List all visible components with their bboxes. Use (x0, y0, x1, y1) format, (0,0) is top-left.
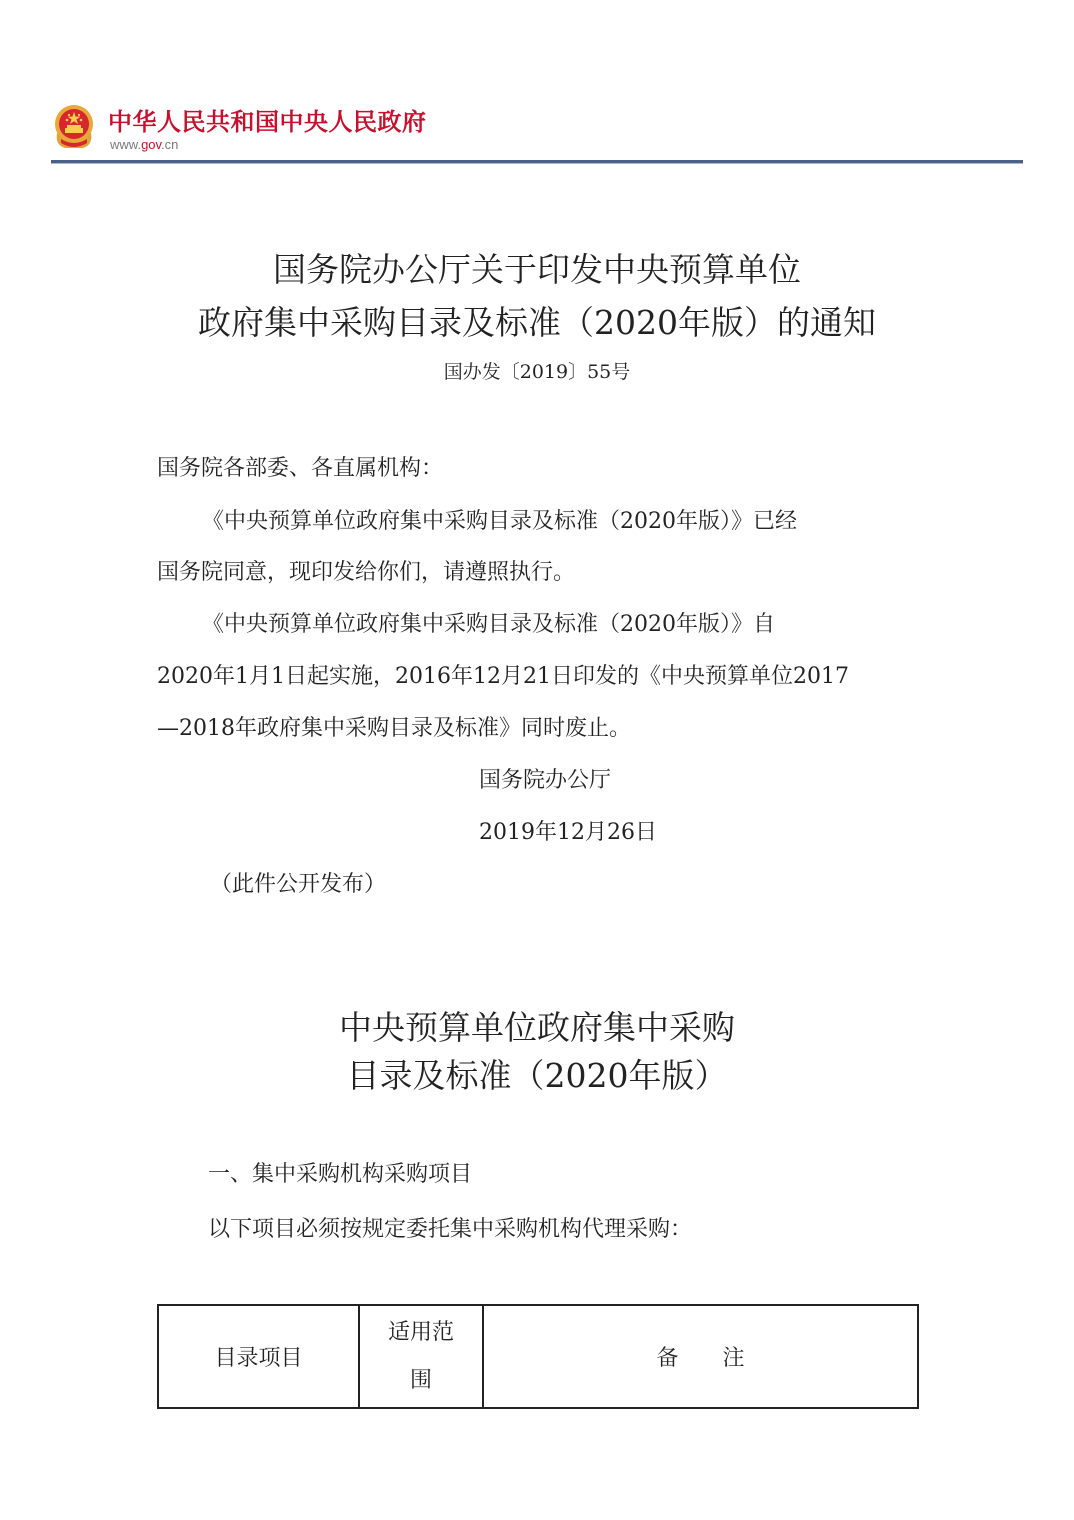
catalog-title-line2: 目录及标准（2020年版） (0, 1052, 1074, 1099)
site-url[interactable]: www.gov.cn (110, 137, 178, 152)
paragraph2-line1: 《中央预算单位政府集中采购目录及标准（2020年版）》自 (202, 610, 775, 640)
notice-title-line1: 国务院办公厅关于印发中央预算单位 (0, 240, 1074, 300)
document-number: 国办发〔2019〕55号 (0, 357, 1074, 384)
header-divider (51, 160, 1023, 164)
salutation: 国务院各部委、各直属机构： (157, 454, 443, 484)
header-scope: 适用范围 (359, 1305, 483, 1408)
url-gov: gov (141, 137, 161, 152)
url-prefix: www. (110, 137, 141, 152)
catalog-table: 目录项目 适用范围 备 注 (157, 1304, 919, 1409)
section1-intro: 以下项目必须按规定委托集中采购机构代理采购： (208, 1212, 692, 1243)
section1-heading: 一、集中采购机构采购项目 (208, 1157, 472, 1188)
header-scope-line2: 围 (410, 1368, 432, 1393)
issue-date: 2019年12月26日 (479, 818, 657, 848)
url-suffix: .cn (161, 137, 178, 152)
paragraph2-line2: 2020年1月1日起实施，2016年12月21日印发的《中央预算单位2017 (157, 662, 849, 692)
catalog-title-line1: 中央预算单位政府集中采购 (0, 1004, 1074, 1051)
header-remarks: 备 注 (483, 1305, 918, 1408)
paragraph1-line2: 国务院同意，现印发给你们，请遵照执行。 (157, 558, 575, 588)
notice-title-line2: 政府集中采购目录及标准（2020年版）的通知 (0, 293, 1074, 353)
signature: 国务院办公厅 (479, 766, 611, 796)
paragraph2-line3: —2018年政府集中采购目录及标准》同时废止。 (157, 714, 631, 744)
table-header-row: 目录项目 适用范围 备 注 (158, 1305, 918, 1408)
paragraph1-line1: 《中央预算单位政府集中采购目录及标准（2020年版）》已经 (202, 507, 797, 537)
site-name: 中华人民共和国中央人民政府 (108, 102, 427, 137)
publication-note: （此件公开发布） (210, 870, 386, 900)
header-scope-line1: 适用范 (388, 1320, 454, 1345)
header-catalog-item: 目录项目 (158, 1305, 359, 1408)
national-emblem-icon (51, 103, 97, 151)
